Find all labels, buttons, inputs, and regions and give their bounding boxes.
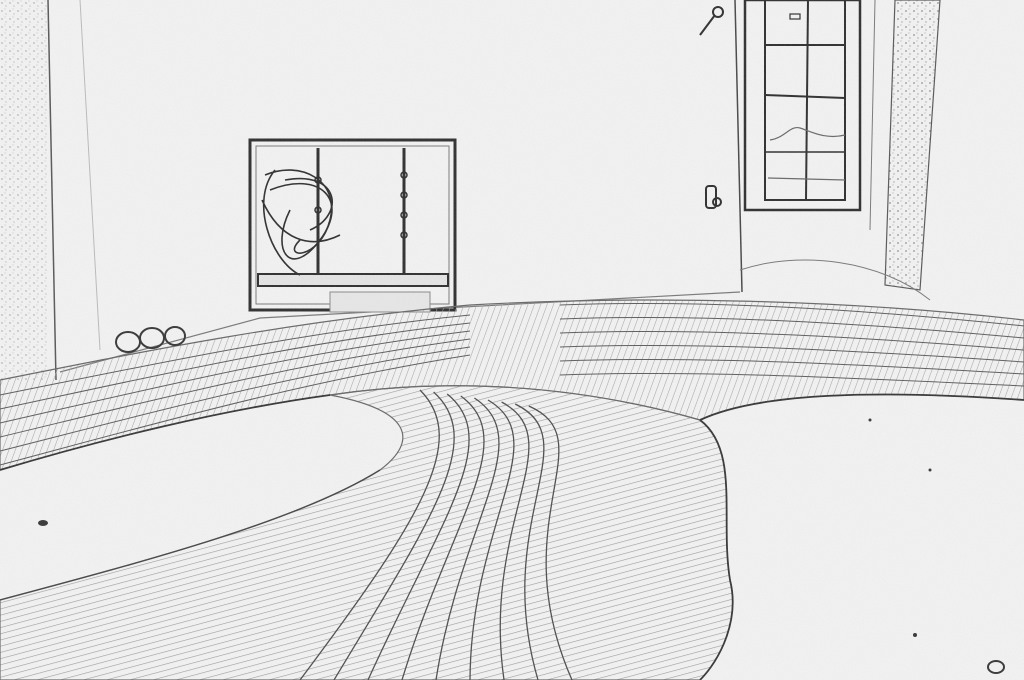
scene-illustration	[0, 0, 1024, 680]
photo-scene	[0, 0, 1024, 680]
